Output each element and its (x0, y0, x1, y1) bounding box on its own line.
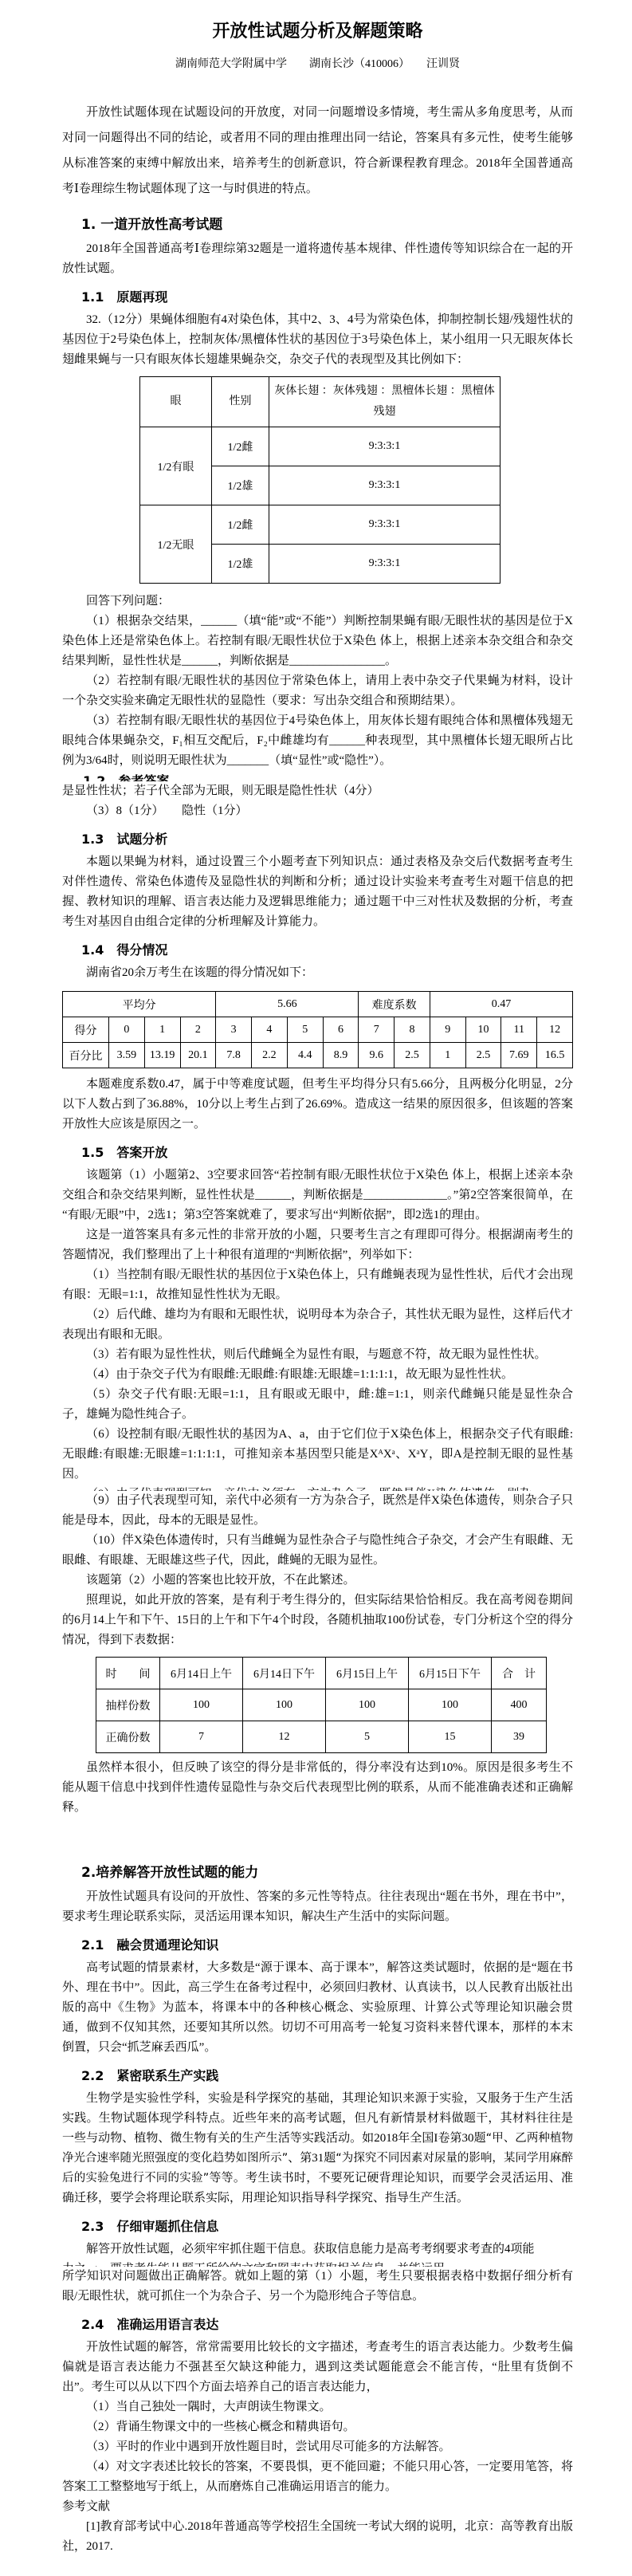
clipped-line-text: 力之一。要求考生能从题干所给的文字和图表中获取相关信息，并能运用 (62, 2259, 573, 2267)
section-1-5-paragraph-2: 这是一道答案具有多元性的非常开放的小题，只要考生言之有理即可得分。根据湖南考生的… (62, 1225, 573, 1265)
score-value: 7 (359, 1017, 395, 1043)
question-2: （2）若控制有眼/无眼性状的基因位于常染色体上，请用上表中杂交子代果蝇为材料，设… (62, 671, 573, 711)
cell-eye-group: 1/2无眼 (140, 505, 212, 584)
cell-ratio: 9:3:3:1 (269, 466, 500, 505)
score-value: 12 (537, 1017, 573, 1043)
col-header-ratio: 灰体长翅 ：灰体残翅 ：黑檀体长翅 ：黑檀体残翅 (269, 377, 500, 427)
score-distribution-table: 平均分 5.66 难度系数 0.47 得分 0 1 2 3 4 5 6 7 8 … (62, 991, 573, 1068)
section-2-3-paragraph-1: 解答开放性试题，必须牢牢抓住题干信息。获取信息能力是高考考纲要求考查的4项能 (62, 2240, 573, 2259)
section-2-4-paragraph: 开放性试题的解答，常常需要用比较长的文字描述，考查考生的语言表达能力。少数考生偏… (62, 2338, 573, 2397)
clipped-duplicate-line: （9）由子代表现型可知，亲代中必须有一方为杂合子，既然是伴X染色体遗传，则杂 (62, 1485, 573, 1491)
avg-value: 5.66 (216, 992, 359, 1017)
document-page: 开放性试题分析及解题策略 湖南师范大学附属中学 湖南长沙（410006） 汪训贤… (0, 0, 632, 2576)
tip-item-1: （1）当自己独处一隅时，大声朗读生物课文。 (62, 2397, 573, 2417)
pct-value: 2.2 (252, 1043, 288, 1068)
cell-eye-group: 1/2有眼 (140, 427, 212, 505)
difficulty-value: 0.47 (430, 992, 572, 1017)
table-header-row: 眼 性别 灰体长翅 ：灰体残翅 ：黑檀体长翅 ：黑檀体残翅 (140, 377, 500, 427)
score-value: 0 (108, 1017, 144, 1043)
reference-item-1: [1]教育部考试中心.2018年普通高等学校招生全国统一考试大纲的说明，北京：高… (62, 2517, 573, 2557)
tip-item-2: （2）背诵生物课文中的一些核心概念和精典语句。 (62, 2417, 573, 2437)
sampling-cell: 12 (243, 1721, 326, 1753)
score-value: 4 (252, 1017, 288, 1043)
sampling-cell: 正确份数 (96, 1721, 160, 1753)
sampling-header-cell: 6月14日上午 (160, 1658, 243, 1689)
answer-3: （3）8（1分） 隐性（1分） (62, 801, 573, 821)
sampling-cell: 100 (243, 1689, 326, 1721)
pct-value: 20.1 (180, 1043, 216, 1068)
section-2-intro: 开放性试题具有设问的开放性、答案的多元性等特点。往往表现出“题在书外，理在书中”… (62, 1887, 573, 1927)
sampling-header-row: 时 间 6月14日上午 6月14日下午 6月15日上午 6月15日下午 合 计 (96, 1658, 547, 1689)
sampling-cell: 15 (409, 1721, 492, 1753)
reason-item-9: （9）由子代表现型可知，亲代中必须有一方为杂合子，既然是伴X染色体遗传，则杂合子… (62, 1491, 573, 1531)
sampling-row-correct: 正确份数 7 12 5 15 39 (96, 1721, 547, 1753)
section-2-2-paragraph: 生物学是实验性学科，实验是科学探究的基础，其理论知识来源于实验，又服务于生产生活… (62, 2089, 573, 2208)
pct-value: 2.5 (465, 1043, 501, 1068)
table-row-summary: 平均分 5.66 难度系数 0.47 (63, 992, 573, 1017)
pct-value: 7.69 (501, 1043, 537, 1068)
clipped-line-2-3: 力之一。要求考生能从题干所给的文字和图表中获取相关信息，并能运用 (62, 2259, 573, 2267)
sampling-cell: 100 (326, 1689, 409, 1721)
reason-item-4: （4）由于杂交子代为有眼雌:无眼雌:有眼雄:无眼雄=1:1:1:1，故无眼为显性… (62, 1365, 573, 1385)
section-2-2-heading: 2.2 紧密联系生产实践 (62, 2066, 573, 2084)
pct-value: 8.9 (323, 1043, 359, 1068)
tip-item-3: （3）平时的作业中遇到开放性题目时，尝试用尽可能多的方法解答。 (62, 2437, 573, 2457)
pct-value: 7.8 (216, 1043, 252, 1068)
questions-intro: 回答下列问题： (62, 592, 573, 612)
avg-label: 平均分 (63, 992, 216, 1017)
tip-item-4: （4）对文字表述比较长的答案，不要畏惧，更不能回避；不能只用心答，一定要用笔答，… (62, 2457, 573, 2497)
cell-ratio: 9:3:3:1 (269, 427, 500, 466)
section-2-3-paragraph-2: 所学知识对问题做出正确解答。就如上题的第（1）小题，考生只要根据表格中数据仔细分… (62, 2267, 573, 2307)
sampling-header-cell: 6月15日上午 (326, 1658, 409, 1689)
sampling-header-cell: 时 间 (96, 1658, 160, 1689)
reason-item-1: （1）当控制有眼/无眼性状的基因位于X染色体上，只有雌蝇表现为显性性状，后代才会… (62, 1265, 573, 1305)
score-value: 9 (430, 1017, 465, 1043)
pct-value: 4.4 (287, 1043, 323, 1068)
sampling-cell: 5 (326, 1721, 409, 1753)
table-row-scores: 得分 0 1 2 3 4 5 6 7 8 9 10 11 12 (63, 1017, 573, 1043)
pct-value: 3.59 (108, 1043, 144, 1068)
score-value: 8 (395, 1017, 430, 1043)
section-1-heading: 1. 一道开放性高考试题 (62, 213, 573, 233)
abstract-paragraph: 开放性试题体现在试题设问的开放度，对同一问题增设多情境，考生需从多角度思考，从而… (62, 100, 573, 202)
reason-item-10: （10）伴X染色体遗传时，只有当雌蝇为显性杂合子与隐性纯合子杂交，才会产生有眼雌… (62, 1531, 573, 1571)
score-value: 11 (501, 1017, 537, 1043)
reason-item-6: （6）设控制有眼/无眼性状的基因为A、a，由于它们位于X染色体上，根据杂交子代有… (62, 1425, 573, 1485)
cell-sex: 1/2雄 (212, 466, 269, 505)
sampling-cell: 100 (409, 1689, 492, 1721)
cell-sex: 1/2雌 (212, 427, 269, 466)
cell-ratio: 9:3:3:1 (269, 545, 500, 584)
sampling-analysis-paragraph: 虽然样本很小，但反映了该空的得分是非常低的，得分率没有达到10%。原因是很多考生… (62, 1758, 573, 1818)
section-2-1-paragraph: 高考试题的情景素材，大多数是“源于课本、高于课本”，解答这类试题时，依据的是“题… (62, 1958, 573, 2058)
section-2-heading: 2.培养解答开放性试题的能力 (62, 1861, 573, 1881)
difficulty-label: 难度系数 (359, 992, 430, 1017)
col-header-sex: 性别 (212, 377, 269, 427)
section-1-intro: 2018年全国普通高考Ⅰ卷理综第32题是一道将遗传基本规律、伴性遗传等知识综合在… (62, 239, 573, 279)
sampling-row-counts: 抽样份数 100 100 100 100 400 (96, 1689, 547, 1721)
text-segment: 、第31题 (288, 2152, 336, 2165)
section-1-2-heading: 1.2 参考答案 (62, 771, 573, 781)
page-title: 开放性试题分析及解题策略 (62, 18, 573, 42)
col-header-eye: 眼 (140, 377, 212, 427)
question-stem: 32.（12分）果蝇体细胞有4对染色体，其中2、3、4号为常染色体，抑制控制长翅… (62, 310, 573, 370)
section-1-5-paragraph-3: 该题第（2）小题的答案也比较开放，不在此繁述。 (62, 1571, 573, 1591)
score-value: 6 (323, 1017, 359, 1043)
cell-sex: 1/2雄 (212, 545, 269, 584)
abstract: 开放性试题体现在试题设问的开放度，对同一问题增设多情境，考生需从多角度思考，从而… (62, 100, 573, 202)
section-1-5-paragraph-1: 该题第（1）小题第2、3空要求回答“若控制有眼/无眼性状位于X染色 体上，根据上… (62, 1166, 573, 1225)
section-gap (62, 1818, 573, 1850)
references-heading: 参考文献 (62, 2497, 573, 2517)
question-1: （1）根据杂交结果，______（填“能”或“不能”）判断控制果蝇有眼/无眼性状… (62, 612, 573, 671)
section-2-1-heading: 2.1 融会贯通理论知识 (62, 1935, 573, 1953)
score-label: 得分 (63, 1017, 109, 1043)
pct-value: 1 (430, 1043, 465, 1068)
sampling-header-cell: 6月15日下午 (409, 1658, 492, 1689)
cell-ratio: 9:3:3:1 (269, 505, 500, 545)
section-1-5-heading: 1.5 答案开放 (62, 1142, 573, 1161)
score-value: 5 (287, 1017, 323, 1043)
section-1-3-heading: 1.3 试题分析 (62, 829, 573, 848)
answer-fragment: 是显性性状；若子代全部为无眼，则无眼是隐性性状（4分） (62, 781, 573, 801)
pct-value: 2.5 (395, 1043, 430, 1068)
section-1-1-heading: 1.1 原题再现 (62, 287, 573, 305)
author-byline: 湖南师范大学附属中学 湖南长沙（410006） 汪训贤 (62, 55, 573, 71)
score-analysis-paragraph: 本题难度系数0.47，属于中等难度试题，但考生平均得分只有5.66分，且两极分化… (62, 1075, 573, 1135)
pct-value: 9.6 (359, 1043, 395, 1068)
pct-value: 13.19 (144, 1043, 180, 1068)
score-value: 2 (180, 1017, 216, 1043)
section-1-3-paragraph: 本题以果蝇为材料，通过设置三个小题考查下列知识点：通过表格及杂交后代数据考查考生… (62, 852, 573, 932)
pct-value: 16.5 (537, 1043, 573, 1068)
sampling-header-cell: 6月14日下午 (243, 1658, 326, 1689)
question-3: （3）若控制有眼/无眼性状的基因位于4号染色体上，用灰体长翅有眼纯合体和黑檀体残… (62, 711, 573, 771)
section-2-4-heading: 2.4 准确运用语言表达 (62, 2314, 573, 2333)
reason-item-3: （3）若有眼为显性性状，则后代雌蝇全为显性有眼，与题意不符，故无眼为显性性状。 (62, 1345, 573, 1365)
score-value: 10 (465, 1017, 501, 1043)
sampling-cell: 100 (160, 1689, 243, 1721)
clipped-line-text: （9）由子代表现型可知，亲代中必须有一方为杂合子，既然是伴X染色体遗传，则杂 (62, 1485, 573, 1491)
sampling-cell: 7 (160, 1721, 243, 1753)
table-row-percents: 百分比 3.59 13.19 20.1 7.8 2.2 4.4 8.9 9.6 … (63, 1043, 573, 1068)
score-value: 1 (144, 1017, 180, 1043)
sampling-table: 时 间 6月14日上午 6月14日下午 6月15日上午 6月15日下午 合 计 … (96, 1657, 547, 1753)
reason-item-5: （5）杂交子代有眼:无眼=1:1，且有眼或无眼中，雌:雄=1:1，则亲代雌蝇只能… (62, 1385, 573, 1425)
section-1-4-heading: 1.4 得分情况 (62, 940, 573, 958)
section-2-3-heading: 2.3 仔细审题抓住信息 (62, 2216, 573, 2235)
cell-sex: 1/2雌 (212, 505, 269, 545)
score-value: 3 (216, 1017, 252, 1043)
score-table-intro: 湖南省20余万考生在该题的得分情况如下： (62, 963, 573, 983)
sampling-cell: 抽样份数 (96, 1689, 160, 1721)
section-1-5-paragraph-4: 照理说，如此开放的答案，是有利于考生得分的，但实际结果恰恰相反。我在高考阅卷期间… (62, 1591, 573, 1650)
clipped-section-1-2-heading: 1.2 参考答案 (62, 771, 573, 781)
sampling-cell: 39 (492, 1721, 547, 1753)
table-row: 1/2无眼 1/2雌 9:3:3:1 (140, 505, 500, 545)
sampling-header-cell: 合 计 (492, 1658, 547, 1689)
pct-label: 百分比 (63, 1043, 109, 1068)
sampling-cell: 400 (492, 1689, 547, 1721)
table-row: 1/2有眼 1/2雌 9:3:3:1 (140, 427, 500, 466)
cross-result-table: 眼 性别 灰体长翅 ：灰体残翅 ：黑檀体长翅 ：黑檀体残翅 1/2有眼 1/2雌… (139, 376, 500, 584)
reason-item-2: （2）后代雌、雄均为有眼和无眼性状，说明母本为杂合子，其性状无眼为显性，这样后代… (62, 1305, 573, 1345)
